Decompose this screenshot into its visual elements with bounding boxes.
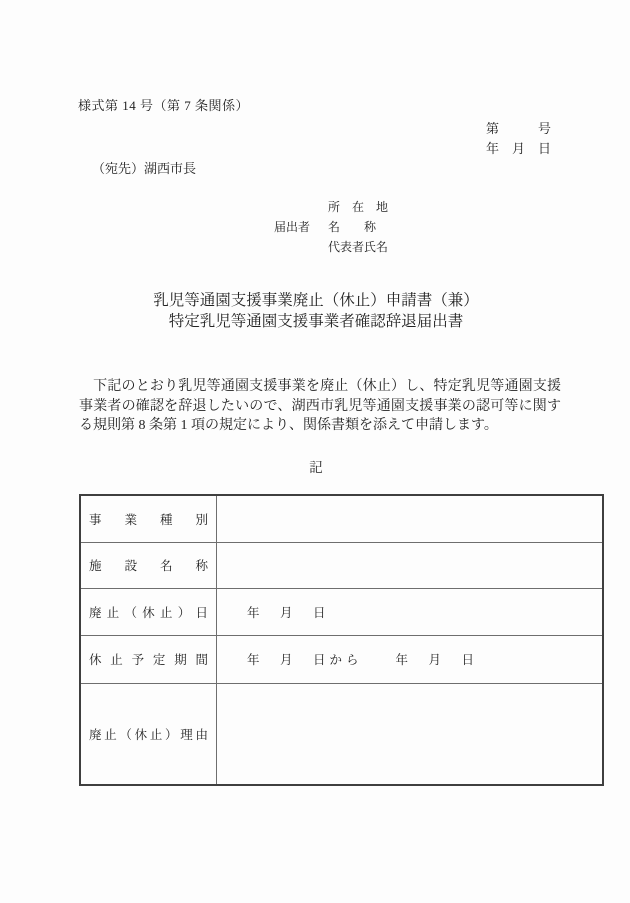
form-number: 様式第 14 号（第 7 条関係）	[78, 95, 249, 114]
applicant-field-name: 名 称	[328, 217, 388, 237]
document-title-line1: 乳児等通園支援事業廃止（休止）申請書（兼）	[79, 290, 553, 311]
applicant-block: 届出者 所 在 地 名 称 代表者氏名	[274, 197, 388, 257]
row-label-cell: 休止予定期間	[80, 635, 217, 683]
row-label-cell: 廃止（休止）日	[80, 588, 217, 635]
addressee-line: （宛先）湖西市長	[92, 158, 196, 177]
table-row-business-type: 事業種別	[80, 495, 603, 542]
row-value-cell	[217, 495, 604, 542]
date-line: 年 月 日	[486, 138, 551, 157]
document-page: { "doc": { "form_number": "様式第 14 号（第 7 …	[0, 0, 630, 903]
applicant-fields: 所 在 地 名 称 代表者氏名	[328, 197, 388, 257]
row-value-cell	[217, 542, 604, 588]
table-row-reason: 廃止（休止）理由	[80, 683, 603, 785]
row-label-cell: 事業種別	[80, 495, 217, 542]
table-row-suspension-period: 休止予定期間 年 月 日から 年 月 日	[80, 635, 603, 683]
record-marker: 記	[79, 456, 553, 476]
row-value-cell	[217, 683, 604, 785]
body-paragraph: 下記のとおり乳児等通園支援事業を廃止（休止）し、特定乳児等通園支援事業者の確認を…	[79, 377, 561, 436]
applicant-field-representative: 代表者氏名	[328, 237, 388, 257]
row-label-cell: 廃止（休止）理由	[80, 683, 217, 785]
applicant-field-address: 所 在 地	[328, 197, 388, 217]
applicant-label: 届出者	[274, 217, 310, 257]
table-row-discontinuation-date: 廃止（休止）日 年 月 日	[80, 588, 603, 635]
document-title-line2: 特定乳児等通園支援事業者確認辞退届出書	[79, 311, 553, 332]
application-table: 事業種別 施設名称 廃止（休止）日 年 月 日 休止予定期間 年 月 日から 年…	[79, 494, 604, 786]
row-label-cell: 施設名称	[80, 542, 217, 588]
document-number-line: 第 号	[486, 118, 551, 137]
row-value-cell: 年 月 日	[217, 588, 604, 635]
table-row-facility-name: 施設名称	[80, 542, 603, 588]
row-value-cell: 年 月 日から 年 月 日	[217, 635, 604, 683]
document-title: 乳児等通園支援事業廃止（休止）申請書（兼） 特定乳児等通園支援事業者確認辞退届出…	[79, 290, 553, 332]
